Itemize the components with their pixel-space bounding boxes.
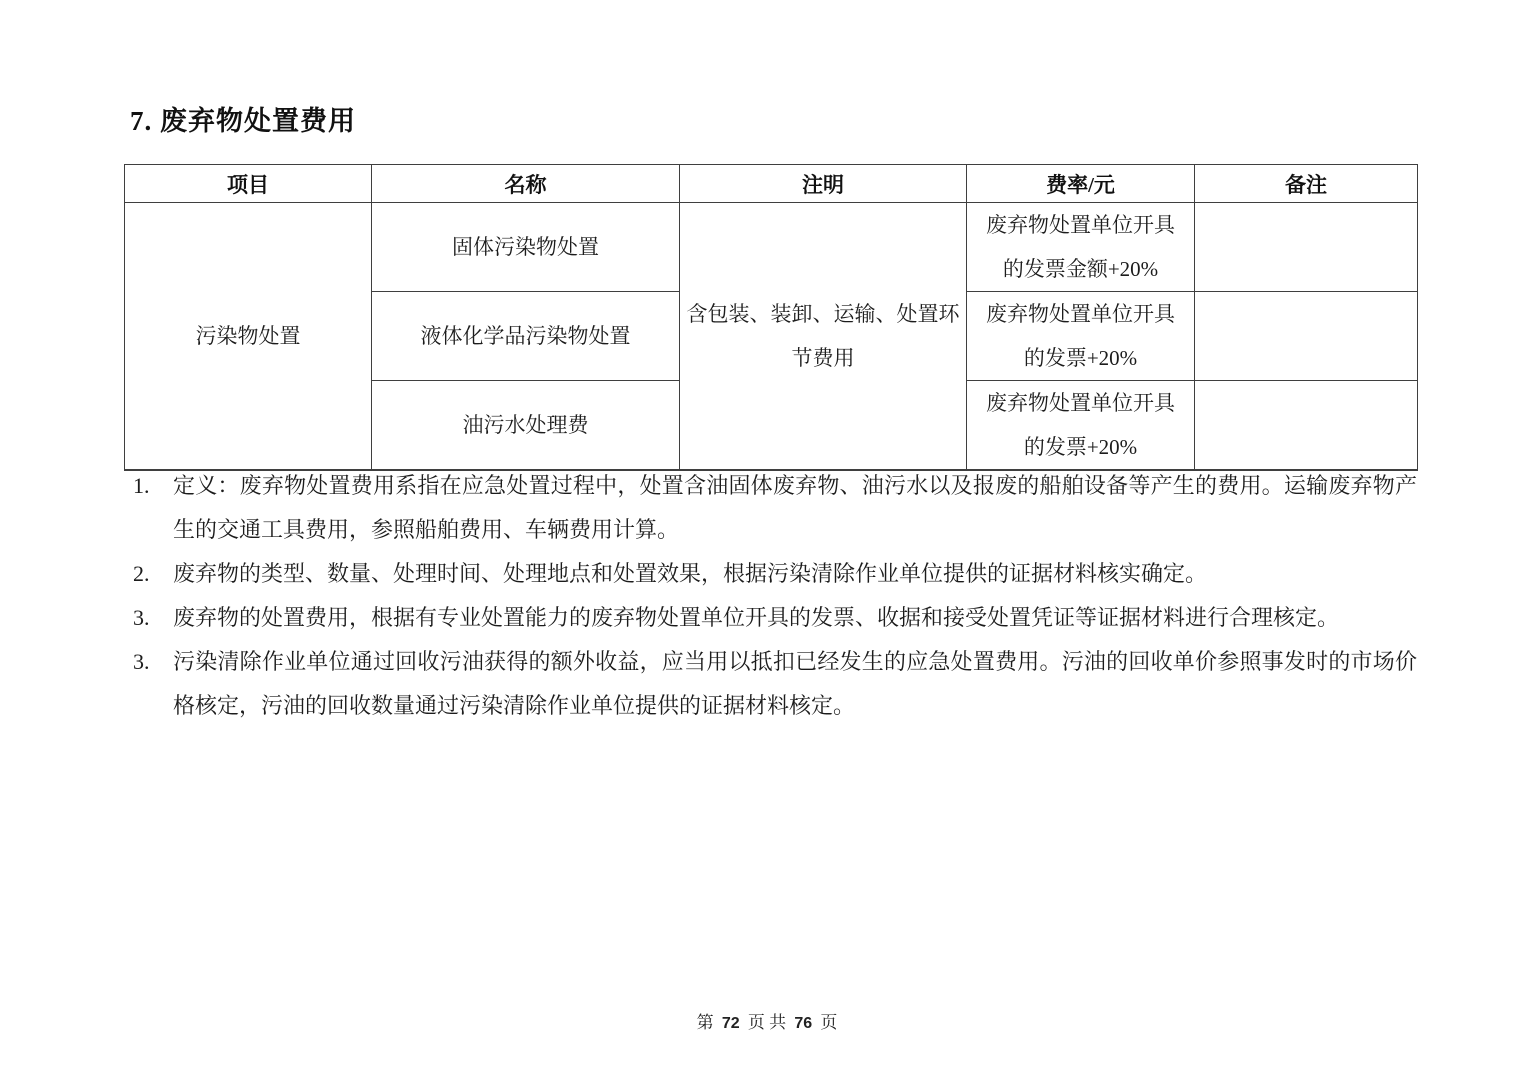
footer-label-ye-gong: 页 共 [748, 1013, 786, 1032]
name-cell: 固体污染物处置 [372, 203, 680, 292]
col-header-remark: 备注 [1195, 165, 1418, 203]
table-row: 污染物处置 固体污染物处置 含包装、装卸、运输、处置环节费用 废弃物处置单位开具… [125, 203, 1418, 292]
rate-cell: 废弃物处置单位开具的发票金额+20% [967, 203, 1195, 292]
col-header-name: 名称 [372, 165, 680, 203]
page-number: 72 [722, 1015, 740, 1032]
col-header-item: 项目 [125, 165, 372, 203]
note-text: 污染清除作业单位通过回收污油获得的额外收益，应当用以抵扣已经发生的应急处置费用。… [173, 649, 1417, 718]
note-item: 1.定义：废弃物处置费用系指在应急处置过程中，处置含油固体废弃物、油污水以及报废… [124, 464, 1417, 552]
note-text: 废弃物的类型、数量、处理时间、处理地点和处置效果，根据污染清除作业单位提供的证据… [173, 561, 1207, 586]
shared-note-cell: 含包装、装卸、运输、处置环节费用 [680, 203, 967, 471]
remark-cell [1195, 381, 1418, 471]
category-cell: 污染物处置 [125, 203, 372, 471]
rate-cell: 废弃物处置单位开具的发票+20% [967, 381, 1195, 471]
note-text: 废弃物的处置费用，根据有专业处置能力的废弃物处置单位开具的发票、收据和接受处置凭… [173, 605, 1339, 630]
note-number: 3. [133, 596, 150, 640]
page-title: 7. 废弃物处置费用 [130, 99, 356, 138]
col-header-note: 注明 [680, 165, 967, 203]
page-footer: 第 72 页 共 76 页 [0, 1008, 1534, 1033]
note-item: 3.废弃物的处置费用，根据有专业处置能力的废弃物处置单位开具的发票、收据和接受处… [124, 596, 1417, 640]
note-text: 定义：废弃物处置费用系指在应急处置过程中，处置含油固体废弃物、油污水以及报废的船… [173, 473, 1417, 542]
total-pages: 76 [794, 1015, 812, 1032]
name-cell: 油污水处理费 [372, 381, 680, 471]
rate-cell: 废弃物处置单位开具的发票+20% [967, 292, 1195, 381]
remark-cell [1195, 203, 1418, 292]
fee-table: 项目 名称 注明 费率/元 备注 污染物处置 固体污染物处置 含包装、装卸、运输… [124, 164, 1418, 471]
note-item: 3.污染清除作业单位通过回收污油获得的额外收益，应当用以抵扣已经发生的应急处置费… [124, 640, 1417, 728]
note-number: 3. [133, 640, 150, 684]
document-page: 7. 废弃物处置费用 项目 名称 注明 费率/元 备注 污染物处置 固体污染物处… [0, 0, 1534, 1085]
table-header-row: 项目 名称 注明 费率/元 备注 [125, 165, 1418, 203]
remark-cell [1195, 292, 1418, 381]
note-number: 1. [133, 464, 150, 508]
col-header-rate: 费率/元 [967, 165, 1195, 203]
note-item: 2.废弃物的类型、数量、处理时间、处理地点和处置效果，根据污染清除作业单位提供的… [124, 552, 1417, 596]
footer-label-di: 第 [697, 1013, 714, 1032]
name-cell: 液体化学品污染物处置 [372, 292, 680, 381]
note-number: 2. [133, 552, 150, 596]
footer-label-ye: 页 [820, 1013, 837, 1032]
notes-list: 1.定义：废弃物处置费用系指在应急处置过程中，处置含油固体废弃物、油污水以及报废… [124, 464, 1417, 728]
